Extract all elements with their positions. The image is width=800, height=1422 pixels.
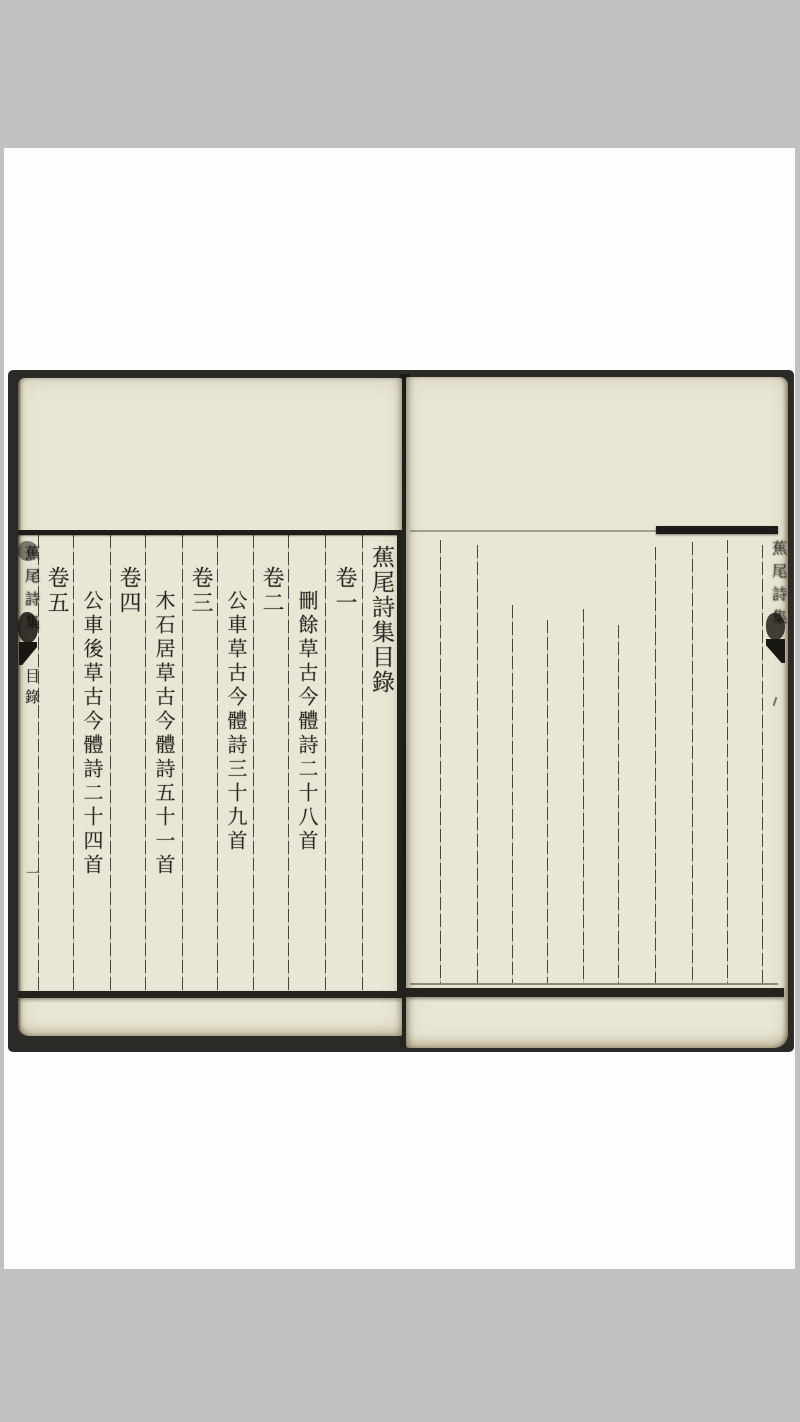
frame-top-rule bbox=[18, 530, 402, 535]
column-line bbox=[440, 540, 441, 983]
column-line bbox=[692, 542, 693, 983]
toc-work-4: 公車後草古今體詩二十四首 bbox=[80, 590, 102, 878]
toc-volume-3: 卷三 bbox=[187, 566, 211, 616]
stray-ink-mark bbox=[773, 697, 778, 706]
frame-bottom-rule-thin bbox=[410, 983, 778, 985]
ink-smudge bbox=[766, 613, 785, 640]
frame-bottom-rule bbox=[406, 988, 784, 997]
fishtail-icon bbox=[766, 639, 785, 663]
column-line bbox=[145, 535, 146, 991]
column-line bbox=[325, 535, 326, 991]
column-line bbox=[547, 620, 548, 983]
toc-volume-4: 卷四 bbox=[115, 566, 139, 616]
column-line bbox=[362, 535, 363, 991]
spine-section-label: 目錄 bbox=[19, 668, 39, 710]
page-right-blank: 蕉尾詩集 bbox=[406, 377, 788, 1048]
frame-bottom-rule bbox=[18, 991, 402, 998]
toc-title: 蕉尾詩集目錄 bbox=[366, 545, 392, 695]
column-line bbox=[253, 535, 254, 991]
column-line bbox=[110, 535, 111, 991]
column-line bbox=[618, 625, 619, 983]
toc-volume-5: 卷五 bbox=[43, 566, 67, 616]
column-line bbox=[73, 535, 74, 991]
column-line bbox=[727, 540, 728, 983]
page-left-toc: 蕉尾詩集 目錄 一 蕉尾詩集目錄 卷一 刪餘草古今體詩二十八首 卷二 公車草古今… bbox=[18, 378, 402, 1036]
toc-work-2: 公車草古今體詩三十九首 bbox=[224, 590, 246, 854]
column-line bbox=[655, 547, 656, 983]
book-scan: 蕉尾詩集 目錄 一 蕉尾詩集目錄 卷一 刪餘草古今體詩二十八首 卷二 公車草古今… bbox=[8, 370, 794, 1052]
ink-smudge bbox=[18, 612, 38, 643]
frame-top-rule bbox=[656, 526, 778, 534]
frame-right-rule bbox=[397, 530, 402, 998]
toc-work-1: 刪餘草古今體詩二十八首 bbox=[295, 590, 317, 854]
ink-smudge bbox=[18, 541, 38, 561]
column-line bbox=[512, 605, 513, 983]
spine-page-number: 一 bbox=[19, 866, 39, 880]
column-line bbox=[217, 535, 218, 991]
fishtail-icon bbox=[19, 642, 37, 665]
frame-top-rule-faint bbox=[410, 530, 660, 532]
column-line bbox=[182, 535, 183, 991]
screenshot-root: { "viewer": { "background_color": "#c1c1… bbox=[0, 0, 800, 1422]
column-line bbox=[477, 545, 478, 983]
toc-volume-1: 卷一 bbox=[331, 566, 355, 616]
column-line bbox=[762, 545, 763, 983]
toc-volume-2: 卷二 bbox=[258, 566, 282, 616]
column-line bbox=[288, 535, 289, 991]
scan-canvas: 蕉尾詩集 目錄 一 蕉尾詩集目錄 卷一 刪餘草古今體詩二十八首 卷二 公車草古今… bbox=[4, 148, 795, 1269]
toc-work-3: 木石居草古今體詩五十一首 bbox=[152, 590, 174, 878]
column-line bbox=[583, 609, 584, 983]
